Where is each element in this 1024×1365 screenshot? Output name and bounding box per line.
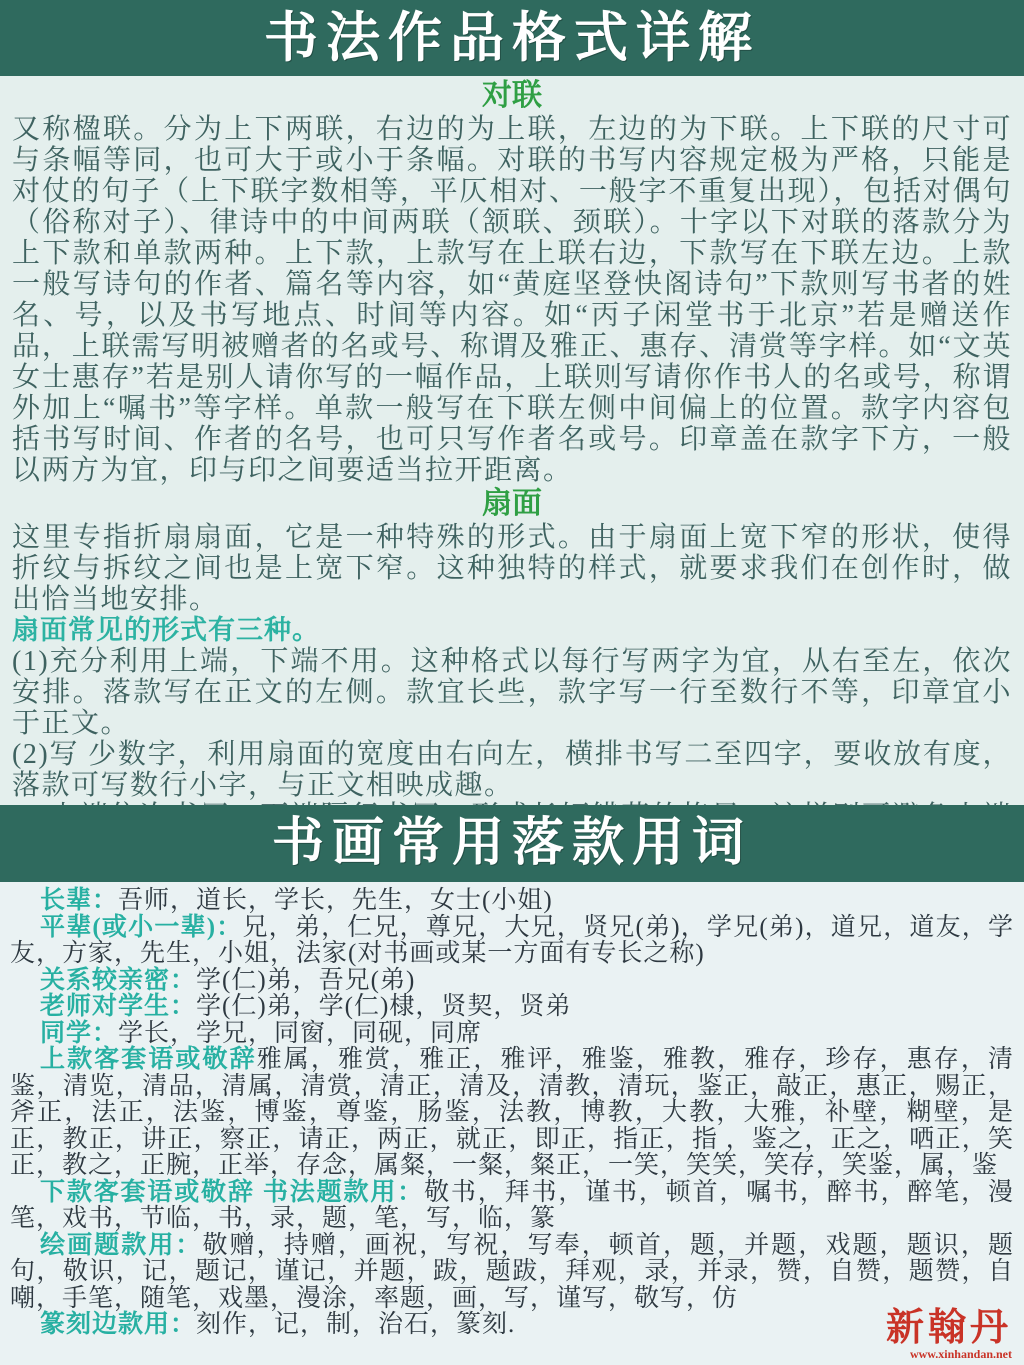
section-terms: 长辈：吾师，道长，学长，先生，女士(小姐) 平辈(或小一辈)：兄，弟，仁兄，尊兄…: [0, 882, 1024, 1365]
term-label: 下款客套语或敬辞 书法题款用：: [40, 1179, 424, 1206]
main-title-bar: 书法作品格式详解: [0, 0, 1024, 76]
page-title: 书法作品格式详解: [264, 11, 760, 65]
term-text: 学(仁)弟，吾兄(弟): [196, 967, 415, 994]
poster-page: 书法作品格式详解 对联 又称楹联。分为上下两联，右边的为上联，左边的为下联。上下…: [0, 0, 1024, 1365]
term-text: 学(仁)弟，学(仁)棣，贤契，贤弟: [196, 993, 571, 1020]
term-entry-elders: 长辈：吾师，道长，学长，先生，女士(小姐): [10, 888, 1014, 915]
term-entry-painting-inscription: 绘画题款用：敬赠，持赠，画祝，写祝，写奉，顿首，题，并题，戏题，题识，题句，敬识…: [10, 1233, 1014, 1313]
shanmian-item-1: (1)充分利用上端，下端不用。这种格式以每行写两字为宜，从右至左，依次安排。落款…: [12, 646, 1012, 739]
shanmian-heading: 扇面: [12, 487, 1012, 521]
duilian-heading: 对联: [12, 79, 1012, 113]
terms-title-bar: 书画常用落款用词: [0, 805, 1024, 882]
term-text: 学长，学兄，同窗，同砚，同席: [118, 1020, 482, 1047]
term-label: 关系较亲密：: [40, 967, 196, 994]
term-text: 刻作，记，制，治石，篆刻.: [196, 1311, 515, 1338]
shanmian-intro: 这里专指折扇扇面，它是一种特殊的形式。由于扇面上宽下窄的形状，使得折纹与拆纹之间…: [12, 522, 1012, 615]
term-label: 篆刻边款用：: [40, 1311, 196, 1338]
terms-title: 书画常用落款用词: [272, 818, 752, 870]
term-entry-close-relations: 关系较亲密：学(仁)弟，吾兄(弟): [10, 968, 1014, 995]
section-formats: 对联 又称楹联。分为上下两联，右边的为上联，左边的为下联。上下联的尺寸可与条幅等…: [0, 76, 1024, 805]
term-label: 同学：: [40, 1020, 118, 1047]
term-label: 上款客套语或敬辞: [40, 1046, 257, 1073]
watermark-brand: 新翰丹: [886, 1309, 1012, 1347]
shanmian-highlight: 扇面常见的形式有三种。: [12, 615, 1012, 646]
shanmian-item-3: (3)上端依次书写，下端隔行书写，形成长短错落的格局。这样则可避免上端疏朗，而下…: [12, 801, 1012, 805]
term-entry-classmates: 同学：学长，学兄，同窗，同砚，同席: [10, 1021, 1014, 1048]
term-label: 老师对学生：: [40, 993, 196, 1020]
term-label: 长辈：: [40, 887, 118, 914]
term-entry-teacher-to-student: 老师对学生：学(仁)弟，学(仁)棣，贤契，贤弟: [10, 994, 1014, 1021]
shanmian-item-2: (2)写 少数字，利用扇面的宽度由右向左，横排书写二至四字，要收放有度，落款可写…: [12, 739, 1012, 801]
watermark: 新翰丹 www.xinhandan.net: [886, 1309, 1012, 1361]
duilian-paragraph: 又称楹联。分为上下两联，右边的为上联，左边的为下联。上下联的尺寸可与条幅等同，也…: [12, 114, 1012, 486]
term-entry-lower-inscription-calligraphy: 下款客套语或敬辞 书法题款用：敬书，拜书，谨书，顿首，嘱书，醉书，醉笔，漫笔，戏…: [10, 1180, 1014, 1233]
term-entry-upper-inscription: 上款客套语或敬辞雅属，雅赏，雅正，雅评，雅鉴，雅教，雅存，珍存，惠存，清鉴，清览…: [10, 1047, 1014, 1180]
term-entry-peers: 平辈(或小一辈)：兄，弟，仁兄，尊兄，大兄，贤兄(弟)，学兄(弟)，道兄，道友，…: [10, 915, 1014, 968]
term-entry-seal-carving: 篆刻边款用：刻作，记，制，治石，篆刻.: [10, 1312, 1014, 1339]
watermark-site-url: www.xinhandan.net: [886, 1347, 1012, 1361]
term-label: 平辈(或小一辈)：: [40, 914, 242, 941]
term-text: 吾师，道长，学长，先生，女士(小姐): [118, 887, 553, 914]
term-label: 绘画题款用：: [40, 1232, 203, 1259]
